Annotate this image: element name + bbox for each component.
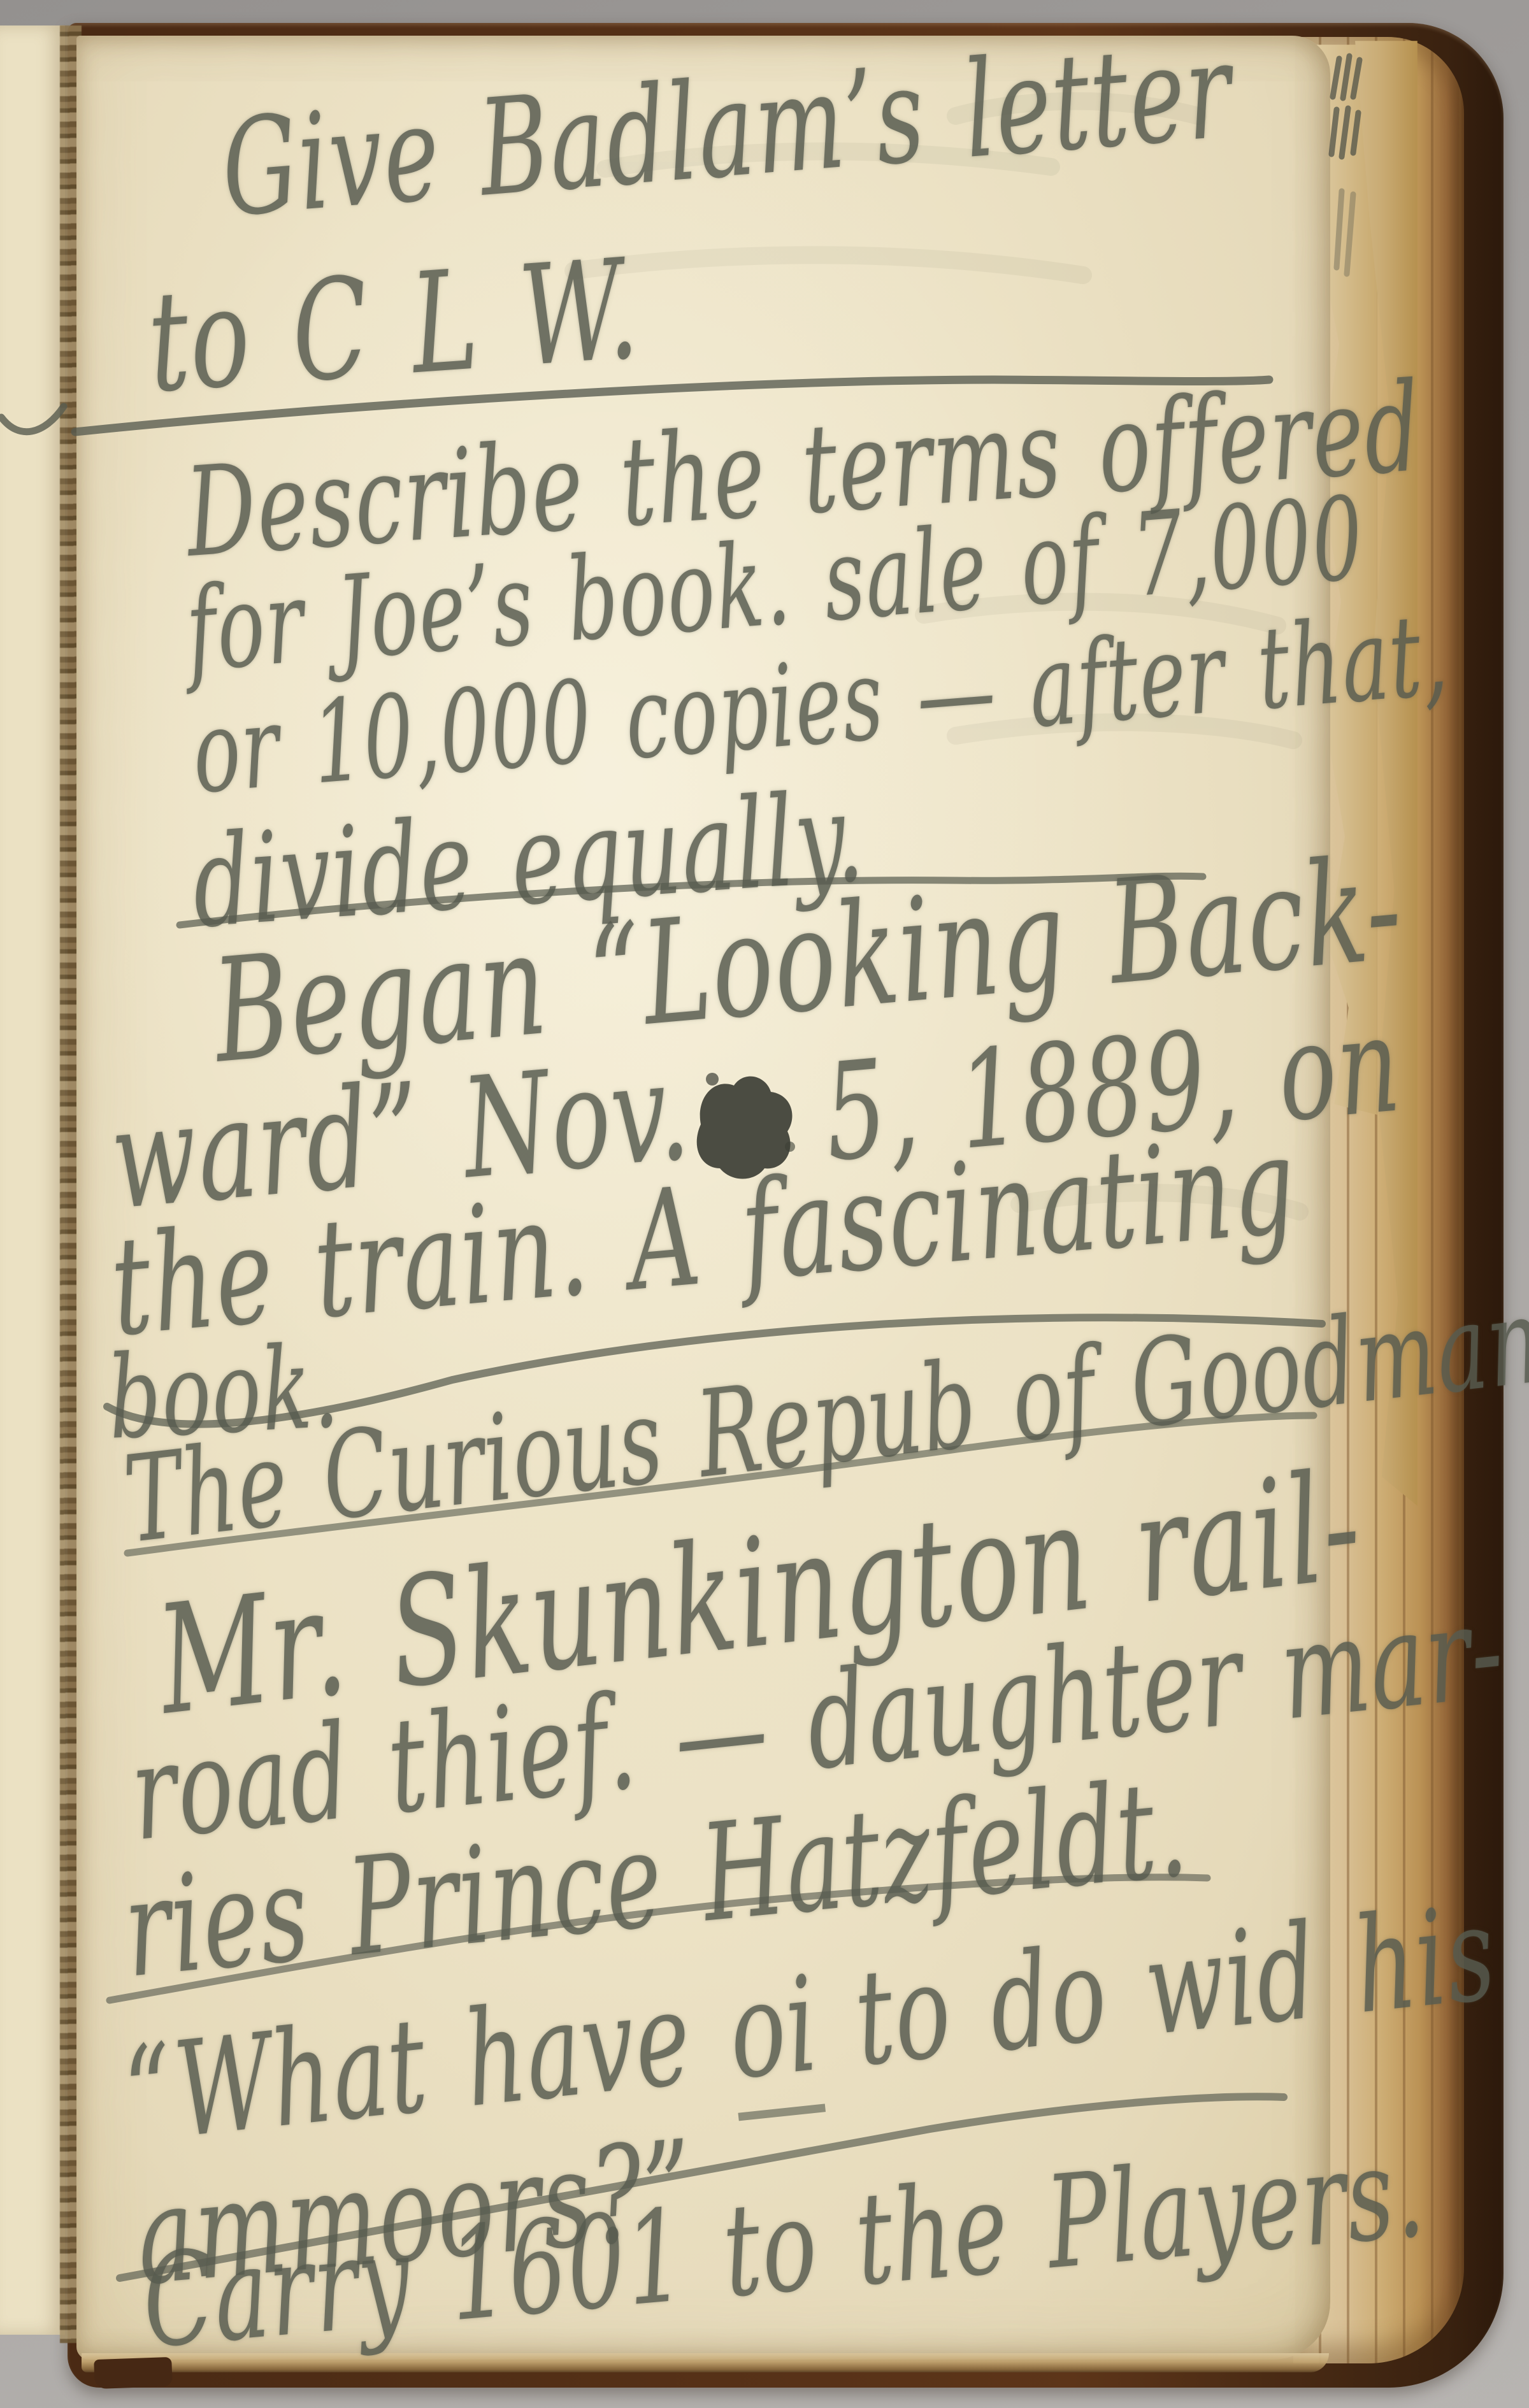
photograph-of-notebook: Give Badlam’s letter to C L W. Describe … (0, 0, 1529, 2408)
ammoors-underlined-word: oi (722, 1948, 826, 2121)
facing-page-edge (0, 25, 65, 2335)
entry-badlam-line-2: to C L W. (143, 228, 643, 423)
